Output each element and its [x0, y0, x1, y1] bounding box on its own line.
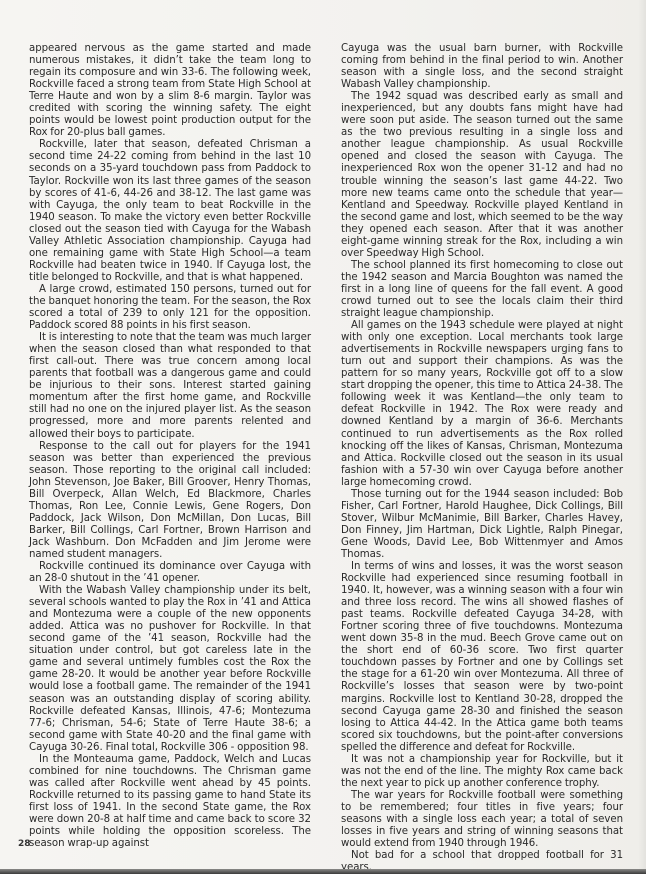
paragraph: Cayuga was the usual barn burner, with R… — [341, 43, 623, 91]
page-bottom-edge — [0, 869, 646, 874]
paragraph: It was not a championship year for Rockv… — [341, 754, 623, 790]
paragraph: It is interesting to note that the team … — [29, 332, 311, 440]
document-page: appeared nervous as the game started and… — [0, 0, 646, 874]
paragraph: appeared nervous as the game started and… — [29, 43, 311, 139]
paragraph: The war years for Rockville football wer… — [341, 790, 623, 850]
paragraph: All games on the 1943 schedule were play… — [341, 320, 623, 489]
paragraph: Response to the call out for players for… — [29, 441, 311, 561]
paragraph: In terms of wins and losses, it was the … — [341, 561, 623, 754]
paragraph: The 1942 squad was described early as sm… — [341, 91, 623, 260]
paragraph: Rockville continued its dominance over C… — [29, 561, 311, 585]
paragraph: Rockville, later that season, defeated C… — [29, 139, 311, 284]
page-number: 28 — [18, 839, 31, 849]
paragraph: A large crowd, estimated 150 persons, tu… — [29, 284, 311, 332]
paragraph: In the Monteauma game, Paddock, Welch an… — [29, 754, 311, 850]
paragraph: Those turning out for the 1944 season in… — [341, 489, 623, 561]
right-column: Cayuga was the usual barn burner, with R… — [341, 43, 623, 874]
page-edge-shadow — [638, 0, 646, 874]
paragraph: The school planned its first homecoming … — [341, 260, 623, 320]
left-column: appeared nervous as the game started and… — [29, 43, 311, 850]
paragraph: With the Wabash Valley championship unde… — [29, 585, 311, 754]
